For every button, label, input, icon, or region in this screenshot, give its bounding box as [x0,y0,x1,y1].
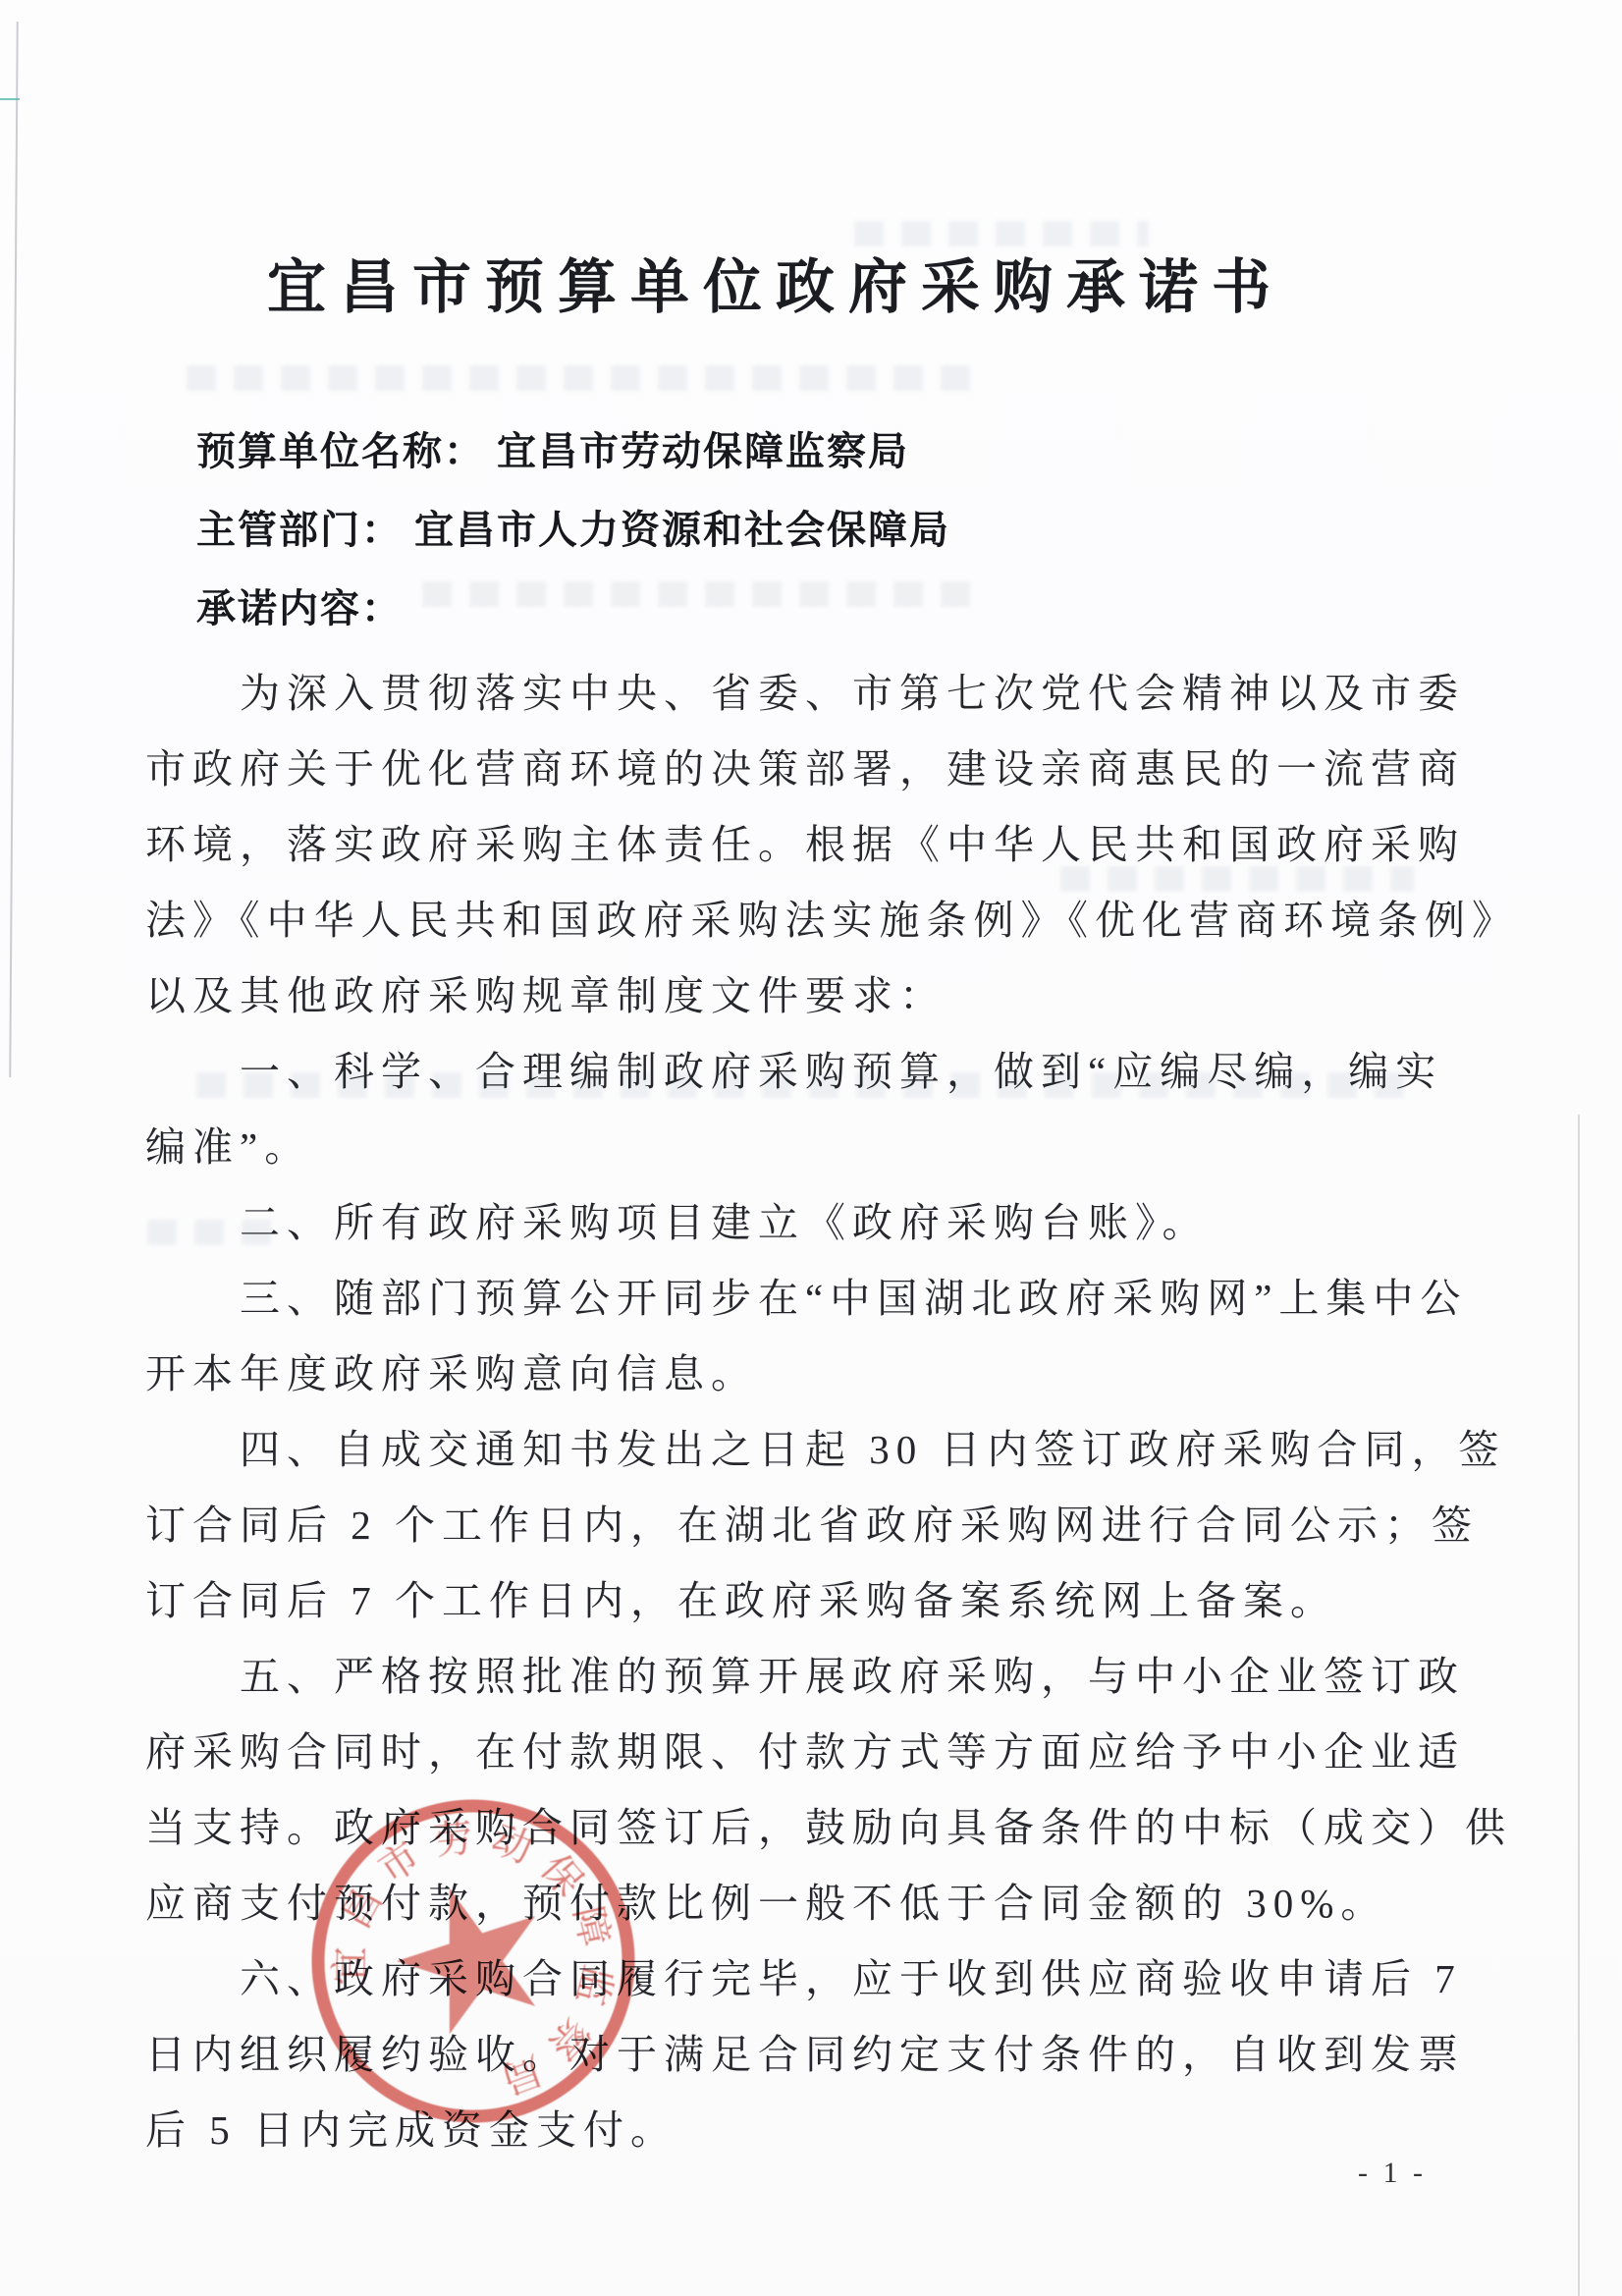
scan-artifact-teal [0,98,20,100]
body-line: 环境，落实政府采购主体责任。根据《中华人民共和国政府采购 [145,807,1502,883]
official-seal-stamp: 宜昌市劳动保障监察局 [304,1792,642,2130]
field-budget-unit-name: 预算单位名称：宜昌市劳动保障监察局 [196,412,950,491]
bleed-through-smudge [187,365,972,391]
body-line: 三、随部门预算公开同步在“中国湖北政府采购网”上集中公 [145,1261,1502,1337]
scan-edge-line-right [1578,1115,1580,2296]
body-line: 编准”。 [145,1110,1502,1185]
document-title: 宜昌市预算单位政府采购承诺书 [0,241,1551,325]
body-line: 订合同后 2 个工作日内，在湖北省政府采购网进行合同公示；签 [145,1488,1502,1563]
field-label: 预算单位名称： [196,430,485,473]
field-commitment-content: 承诺内容： [196,570,950,648]
body-line: 以及其他政府采购规章制度文件要求： [145,958,1502,1034]
seal-star-icon [380,1866,562,2043]
scan-edge-line-left [9,22,19,1077]
body-line: 五、严格按照批准的预算开展政府采购，与中小企业签订政 [145,1639,1502,1715]
body-line: 开本年度政府采购意向信息。 [145,1337,1502,1412]
field-value: 宜昌市人力资源和社会保障局 [414,509,950,552]
body-line: 订合同后 7 个工作日内，在政府采购备案系统网上备案。 [145,1563,1502,1639]
scanned-document-page: 宜昌市预算单位政府采购承诺书 预算单位名称：宜昌市劳动保障监察局 主管部门：宜昌… [0,0,1622,2296]
body-line: 一、科学、合理编制政府采购预算，做到“应编尽编，编实 [145,1034,1502,1110]
body-line: 府采购合同时，在付款期限、付款方式等方面应给予中小企业适 [145,1715,1502,1790]
body-line: 为深入贯彻落实中央、省委、市第七次党代会精神以及市委 [145,656,1502,732]
body-line: 法》《中华人民共和国政府采购法实施条例》《优化营商环境条例》 [145,883,1502,958]
header-fields: 预算单位名称：宜昌市劳动保障监察局 主管部门：宜昌市人力资源和社会保障局 承诺内… [196,412,950,648]
field-label: 承诺内容： [196,587,403,630]
body-line: 市政府关于优化营商环境的决策部署，建设亲商惠民的一流营商 [145,732,1502,807]
field-label: 主管部门： [196,509,403,552]
page-number: - 1 - [1358,2157,1427,2190]
field-supervising-department: 主管部门：宜昌市人力资源和社会保障局 [196,491,950,570]
body-line: 四、自成交通知书发出之日起 30 日内签订政府采购合同，签 [145,1412,1502,1488]
field-value: 宜昌市劳动保障监察局 [497,430,909,473]
body-line: 二、所有政府采购项目建立《政府采购台账》。 [145,1185,1502,1261]
